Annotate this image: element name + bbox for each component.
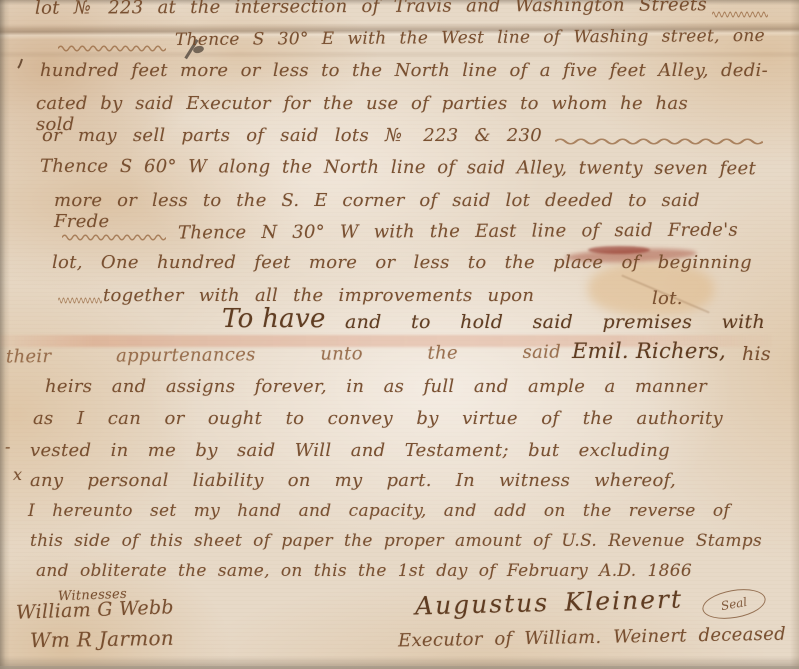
witness-signature-1: William G Webb bbox=[16, 596, 175, 623]
pen-flourish bbox=[555, 137, 763, 146]
deed-line-3: hundred feet more or less to the North l… bbox=[40, 60, 768, 81]
pen-flourish bbox=[58, 44, 166, 53]
margin-x-mark: x bbox=[13, 465, 22, 484]
grantee-name: Emil. Richers, bbox=[572, 339, 726, 363]
deed-line-13: heirs and assigns forever, in as full an… bbox=[45, 376, 707, 397]
deed-line-16: any personal liability on my part. In wi… bbox=[30, 470, 676, 491]
deed-line-9: lot, One hundred feet more or less to th… bbox=[52, 252, 752, 273]
deed-line-1: lot № 223 at the intersection of Travis … bbox=[35, 0, 707, 19]
deed-line-12-end: his bbox=[742, 343, 771, 365]
deed-line-5: or may sell parts of said lots № 223 & 2… bbox=[42, 125, 542, 146]
seal-label: Seal bbox=[720, 595, 748, 613]
seal-mark: Seal bbox=[700, 585, 768, 624]
deed-line-10-end: lot. bbox=[652, 288, 683, 309]
habendum-rest: and to hold said premises with bbox=[345, 311, 765, 333]
pen-flourish bbox=[58, 296, 102, 305]
pen-flourish bbox=[712, 10, 768, 19]
deed-line-12-text: their appurtenances unto the said bbox=[6, 342, 561, 368]
deed-line-19: and obliterate the same, on this the 1st… bbox=[36, 561, 692, 581]
deed-line-18: this side of this sheet of paper the pro… bbox=[30, 531, 762, 551]
witness-signature-2: Wm R Jarmon bbox=[30, 626, 174, 653]
deed-line-14: as I can or ought to convey by virtue of… bbox=[33, 408, 723, 429]
executor-signature: Augustus Kleinert bbox=[415, 584, 684, 620]
paper-right-edge-shadow bbox=[790, 0, 799, 669]
deed-line-17: I hereunto set my hand and capacity, and… bbox=[28, 501, 730, 521]
margin-dash-mark: - bbox=[5, 437, 11, 456]
deed-line-8: Thence N 30° W with the East line of sai… bbox=[178, 220, 738, 244]
deed-line-15: vested in me by said Will and Testament;… bbox=[30, 440, 670, 461]
deed-line-2: Thence S 30° E with the West line of Was… bbox=[175, 26, 765, 50]
margin-check-mark bbox=[17, 57, 25, 70]
deed-line-6: Thence S 60° W along the North line of s… bbox=[40, 156, 756, 179]
pen-flourish bbox=[62, 233, 166, 242]
deed-document-page: - x lot № 223 at the intersection of Tra… bbox=[0, 0, 799, 669]
habendum-lead: To have bbox=[222, 304, 326, 334]
executor-title-line: Executor of William. Weinert deceased bbox=[398, 624, 786, 652]
deed-line-10-text: together with all the improvements upon bbox=[103, 285, 534, 306]
